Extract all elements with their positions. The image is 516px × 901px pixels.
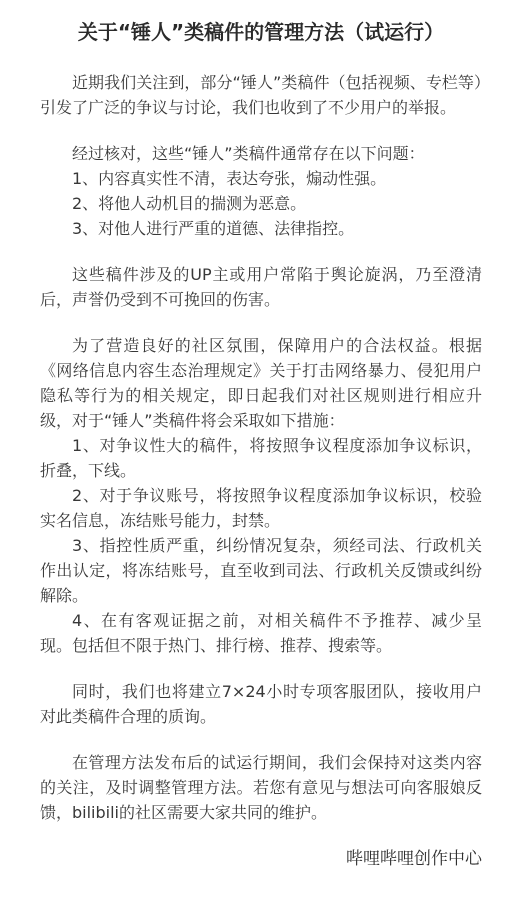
page-title: 关于“锤人”类稿件的管理方法（试运行） <box>40 18 482 46</box>
measures-list: 1、对争议性大的稿件，将按照争议程度添加争议标识，折叠，下线。 2、对于争议账号… <box>40 433 482 658</box>
measures-intro-paragraph: 为了营造良好的社区氛围，保障用户的合法权益。根据《网络信息内容生态治理规定》关于… <box>40 333 482 433</box>
signature: 哔哩哔哩创作中心 <box>40 847 482 872</box>
list-item: 1、对争议性大的稿件，将按照争议程度添加争议标识，折叠，下线。 <box>40 433 482 483</box>
announcement-page: 关于“锤人”类稿件的管理方法（试运行） 近期我们关注到，部分“锤人”类稿件（包括… <box>0 0 516 901</box>
intro-paragraph: 近期我们关注到，部分“锤人”类稿件（包括视频、专栏等）引发了广泛的争议与讨论，我… <box>40 70 482 120</box>
support-paragraph: 同时，我们也将建立7×24小时专项客服团队，接收用户对此类稿件合理的质询。 <box>40 679 482 729</box>
list-item: 3、指控性质严重，纠纷情况复杂，须经司法、行政机关作出认定，将冻结账号，直至收到… <box>40 533 482 608</box>
problems-list: 1、内容真实性不清，表达夸张，煽动性强。 2、将他人动机目的揣测为恶意。 3、对… <box>40 166 482 241</box>
list-item: 2、对于争议账号，将按照争议程度添加争议标识，校验实名信息，冻结账号能力，封禁。 <box>40 483 482 533</box>
impact-paragraph: 这些稿件涉及的UP主或用户常陷于舆论旋涡，乃至澄清后，声誉仍受到不可挽回的伤害。 <box>40 262 482 312</box>
list-item: 3、对他人进行严重的道德、法律指控。 <box>40 216 482 241</box>
list-item: 4、在有客观证据之前，对相关稿件不予推荐、减少呈现。包括但不限于热门、排行榜、推… <box>40 608 482 658</box>
list-item: 1、内容真实性不清，表达夸张，煽动性强。 <box>40 166 482 191</box>
problems-intro-paragraph: 经过核对，这些“锤人”类稿件通常存在以下问题： <box>40 141 482 166</box>
closing-paragraph: 在管理方法发布后的试运行期间，我们会保持对这类内容的关注，及时调整管理方法。若您… <box>40 750 482 825</box>
list-item: 2、将他人动机目的揣测为恶意。 <box>40 191 482 216</box>
